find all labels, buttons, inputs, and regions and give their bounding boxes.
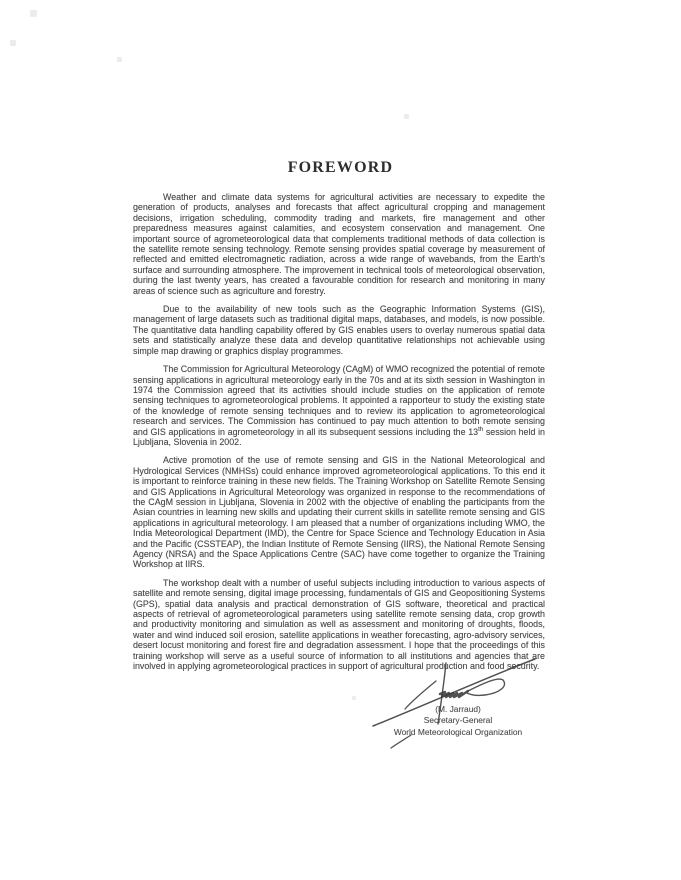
scan-speck: [10, 40, 16, 46]
scan-speck: [404, 114, 409, 119]
scan-speck: [30, 10, 37, 17]
foreword-body: Weather and climate data systems for agr…: [133, 192, 545, 679]
document-page: FOREWORD Weather and climate data system…: [0, 0, 681, 880]
signatory-name: (M. Jarraud): [358, 704, 558, 715]
signatory-role: Secretary-General: [358, 715, 558, 726]
signature-block: (M. Jarraud) Secretary-General World Met…: [358, 704, 558, 738]
scan-speck: [117, 57, 122, 62]
paragraph-3: The Commission for Agricultural Meteorol…: [133, 364, 545, 447]
paragraph-4: Active promotion of the use of remote se…: [133, 455, 545, 569]
signatory-organization: World Meteorological Organization: [358, 727, 558, 738]
handwritten-signature-icon: [350, 645, 560, 755]
page-title: FOREWORD: [0, 159, 681, 177]
paragraph-2: Due to the availability of new tools suc…: [133, 304, 545, 356]
paragraph-1: Weather and climate data systems for agr…: [133, 192, 545, 296]
